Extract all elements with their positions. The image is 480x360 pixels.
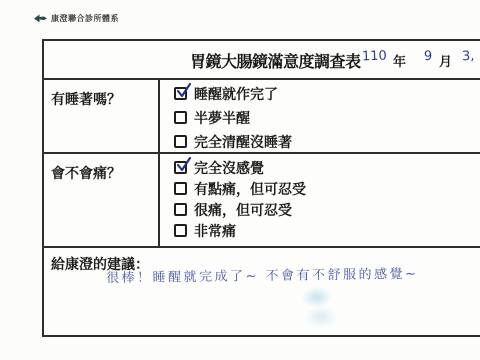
options-list: 完全沒感覺 有點痛，但可忍受 很痛，但可忍受 非常痛 xyxy=(174,160,306,238)
question-label: 會不會痛？ xyxy=(51,163,121,183)
checkmark-icon xyxy=(174,82,192,100)
date-year-value: 110 xyxy=(362,49,387,65)
options-list: 睡醒就作完了 半夢半醒 完全清醒沒睡著 xyxy=(174,86,292,149)
option-item: 完全清醒沒睡著 xyxy=(174,134,292,149)
checkbox-checked-icon xyxy=(174,161,187,174)
date-day-value: 3, xyxy=(462,49,475,64)
title-row: 胃鏡大腸鏡滿意度調查表 110 年 9 月 3, xyxy=(44,41,480,78)
checkbox-icon xyxy=(174,203,187,216)
question-row-pain: 會不會痛？ 完全沒感覺 有點痛，但可忍受 很痛，但可忍受 xyxy=(44,154,480,244)
survey-table: 胃鏡大腸鏡滿意度調查表 110 年 9 月 3, 有睡著嗎？ 睡醒就作完了 xyxy=(42,39,480,337)
date-year-label: 年 xyxy=(393,51,406,70)
option-item: 很痛，但可忍受 xyxy=(174,202,306,217)
clinic-logo: 康澄聯合診所體系 xyxy=(34,13,119,24)
clinic-logo-text: 康澄聯合診所體系 xyxy=(51,13,119,24)
option-item: 非常痛 xyxy=(174,223,306,238)
checkbox-icon xyxy=(174,224,187,237)
option-label: 睡醒就作完了 xyxy=(194,84,278,104)
checkmark-icon xyxy=(174,156,192,174)
option-label: 很痛，但可忍受 xyxy=(194,200,292,220)
option-item: 睡醒就作完了 xyxy=(174,86,292,101)
arrow-left-icon xyxy=(34,14,47,23)
option-item: 完全沒感覺 xyxy=(174,160,306,175)
checkbox-icon xyxy=(174,182,187,195)
checkbox-icon xyxy=(174,135,187,148)
option-label: 完全沒感覺 xyxy=(194,158,264,178)
checkbox-icon xyxy=(174,111,187,124)
question-row-sleep: 有睡著嗎？ 睡醒就作完了 半夢半醒 完全清醒沒睡著 xyxy=(44,80,480,152)
option-item: 有點痛，但可忍受 xyxy=(174,181,306,196)
form-title: 胃鏡大腸鏡滿意度調查表 xyxy=(190,49,361,72)
scanned-survey-form: 康澄聯合診所體系 胃鏡大腸鏡滿意度調查表 110 年 9 月 3, 有睡著嗎？ xyxy=(0,0,480,360)
option-label: 有點痛，但可忍受 xyxy=(194,179,306,199)
column-divider xyxy=(158,78,160,246)
ink-smudge xyxy=(295,282,343,332)
question-label: 有睡著嗎？ xyxy=(51,89,121,109)
option-label: 非常痛 xyxy=(194,221,236,241)
checkbox-checked-icon xyxy=(174,87,187,100)
option-label: 完全清醒沒睡著 xyxy=(194,132,292,152)
handwritten-note: 很棒！睡醒就完成了~ 不會有不舒服的感覺~ xyxy=(106,263,419,286)
date-month-value: 9 xyxy=(424,49,433,64)
suggestion-row: 給康澄的建議： 很棒！睡醒就完成了~ 不會有不舒服的感覺~ xyxy=(44,248,480,333)
option-item: 半夢半醒 xyxy=(174,110,292,125)
date-month-label: 月 xyxy=(439,51,452,70)
option-label: 半夢半醒 xyxy=(194,108,250,128)
